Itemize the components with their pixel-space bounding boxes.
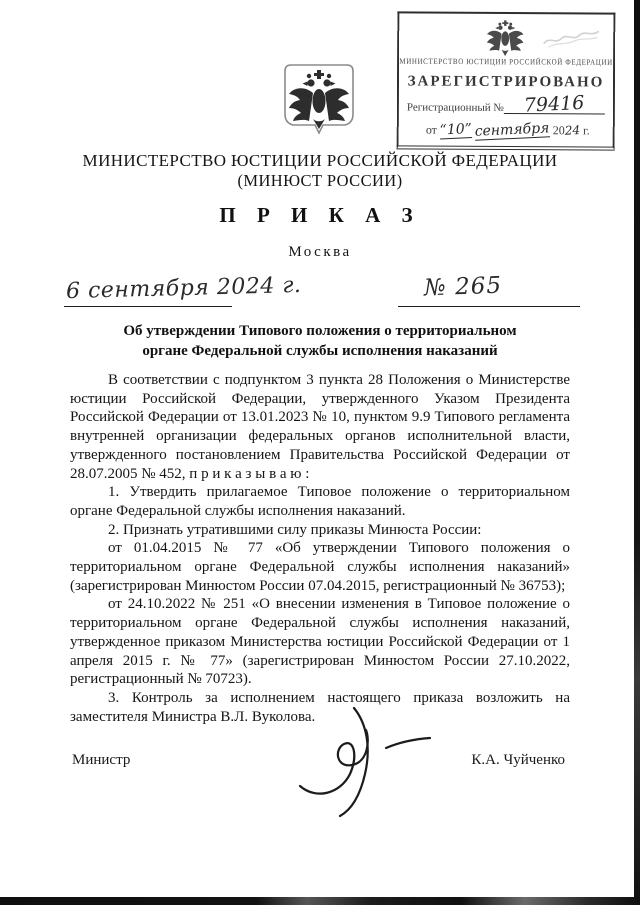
body-paragraph: от 24.10.2022 № 251 «О внесении изменени… [70,595,570,689]
stamp-registration-number-line: Регистрационный № 79416 [407,98,605,114]
date-underline [64,306,232,307]
ministry-name: МИНИСТЕРСТВО ЮСТИЦИИ РОССИЙСКОЙ ФЕДЕРАЦИ… [0,151,640,171]
stamp-date-prefix: от [426,123,437,137]
body-paragraph: от 01.04.2015 № 77 «Об утверждении Типов… [70,539,570,595]
stamp-date-year-written: 24 [564,123,580,138]
registration-stamp: МИНИСТЕРСТВО ЮСТИЦИИ РОССИЙСКОЙ ФЕДЕРАЦИ… [397,11,616,150]
city-label: Москва [0,244,640,261]
stamp-date-year-printed: 20 [553,123,565,137]
document-body: В соответствии с подпунктом 3 пункта 28 … [70,371,570,726]
stamp-date-line: от “10” сентября 2024 г. [413,122,603,140]
coat-of-arms-icon [282,62,356,148]
minister-name: К.А. Чуйченко [471,752,565,769]
stamp-date-day: “10” [440,121,473,139]
stamp-eagle-icon [483,18,527,58]
order-title: Об утверждении Типового положения о терр… [80,322,560,361]
body-paragraph: 2. Признать утратившими силу приказы Мин… [70,521,570,540]
scan-edge-right [634,0,640,905]
stamp-date-suffix: г. [583,123,590,137]
ministry-header: МИНИСТЕРСТВО ЮСТИЦИИ РОССИЙСКОЙ ФЕДЕРАЦИ… [0,151,640,191]
order-number-handwritten: № 265 [424,273,503,302]
scan-edge-bottom [0,897,640,905]
body-paragraph: В соответствии с подпунктом 3 пункта 28 … [70,371,570,483]
minister-role-label: Министр [72,752,130,769]
stamp-reg-number-value: 79416 [524,98,585,111]
signature-icon [292,706,442,818]
stamp-reg-number-label: Регистрационный № [407,101,504,114]
document-type-title: П Р И К А З [0,203,640,228]
document-page: МИНИСТЕРСТВО ЮСТИЦИИ РОССИЙСКОЙ ФЕДЕРАЦИ… [0,0,640,905]
stamp-date-month: сентября [475,120,550,140]
ministry-short-name: (МИНЮСТ РОССИИ) [0,171,640,191]
stamp-registered-label: ЗАРЕГИСТРИРОВАНО [399,73,613,91]
body-paragraph: 1. Утвердить прилагаемое Типовое положен… [70,483,570,520]
stamp-ministry-line: МИНИСТЕРСТВО ЮСТИЦИИ РОССИЙСКОЙ ФЕДЕРАЦИ… [399,57,613,67]
order-date-handwritten: 6 сентября 2024 г. [66,273,302,304]
number-underline [398,306,580,307]
stamp-faint-scribble [540,25,604,50]
